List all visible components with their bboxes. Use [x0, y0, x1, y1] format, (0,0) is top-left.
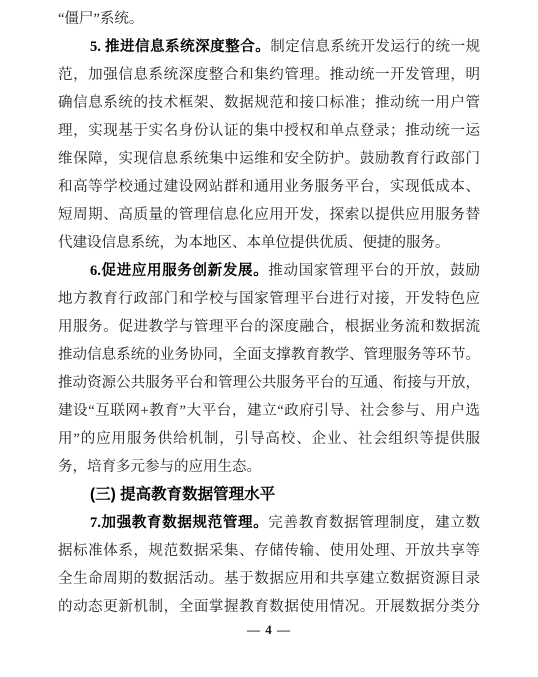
body-text: 短周期、高质量的管理信息化应用开发，探索以提供应用服务替: [58, 207, 480, 223]
body-text: 的动态更新机制，全面掌握教育数据使用情况。开展数据分类分: [58, 599, 480, 615]
body-text: 完善教育数据管理制度，建立数: [268, 515, 480, 531]
body-text: 范，加强信息系统深度整合和集约管理。推动统一开发管理，明: [58, 67, 480, 83]
body-text: 据标准体系，规范数据采集、存储传输、使用处理、开放共享等: [58, 543, 480, 559]
body-text: 推动国家管理平台的开放，鼓励: [268, 263, 480, 279]
text-line: 短周期、高质量的管理信息化应用开发，探索以提供应用服务替: [58, 201, 480, 229]
text-line: 5. 推进信息系统深度整合。制定信息系统开发运行的统一规: [58, 33, 480, 61]
text-line: 用”的应用服务供给机制，引导高校、企业、社会组织等提供服: [58, 425, 480, 453]
text-line: 据标准体系，规范数据采集、存储传输、使用处理、开放共享等: [58, 537, 480, 565]
body-text: 确信息系统的技术框架、数据规范和接口标准；推动统一用户管: [58, 95, 480, 111]
text-line: 确信息系统的技术框架、数据规范和接口标准；推动统一用户管: [58, 89, 480, 117]
page-number: — 4 —: [0, 622, 538, 638]
bold-lead-text: 6.促进应用服务创新发展。: [90, 263, 268, 279]
text-line: 用服务。促进教学与管理平台的深度融合，根据业务流和数据流: [58, 313, 480, 341]
text-line: 7.加强教育数据规范管理。完善教育数据管理制度，建立数: [58, 509, 480, 537]
body-text: 制定信息系统开发运行的统一规: [270, 39, 480, 55]
text-line: 务，培育多元参与的应用生态。: [58, 453, 480, 481]
document-page: “僵尸”系统。5. 推进信息系统深度整合。制定信息系统开发运行的统一规范，加强信…: [0, 0, 538, 677]
text-line: 的动态更新机制，全面掌握教育数据使用情况。开展数据分类分: [58, 593, 480, 621]
body-text: 理，实现基于实名身份认证的集中授权和单点登录；推动统一运: [58, 123, 480, 139]
document-body: “僵尸”系统。5. 推进信息系统深度整合。制定信息系统开发运行的统一规范，加强信…: [58, 5, 480, 621]
section-heading: (三) 提高教育数据管理水平: [90, 486, 275, 503]
body-text: 推动信息系统的业务协同，全面支撑教育教学、管理服务等环节。: [58, 347, 480, 363]
text-line: 代建设信息系统，为本地区、本单位提供优质、便捷的服务。: [58, 229, 480, 257]
bold-lead-text: 5. 推进信息系统深度整合。: [90, 39, 270, 55]
body-text: 务，培育多元参与的应用生态。: [58, 459, 261, 475]
body-text: 用”的应用服务供给机制，引导高校、企业、社会组织等提供服: [58, 431, 480, 447]
text-line: (三) 提高教育数据管理水平: [58, 481, 480, 509]
text-line: 和高等学校通过建设网站群和通用业务服务平台，实现低成本、: [58, 173, 480, 201]
body-text: 维保障，实现信息系统集中运维和安全防护。鼓励教育行政部门: [58, 151, 480, 167]
text-line: 维保障，实现信息系统集中运维和安全防护。鼓励教育行政部门: [58, 145, 480, 173]
text-line: 地方教育行政部门和学校与国家管理平台进行对接，开发特色应: [58, 285, 480, 313]
body-text: 用服务。促进教学与管理平台的深度融合，根据业务流和数据流: [58, 319, 480, 335]
text-line: 6.促进应用服务创新发展。推动国家管理平台的开放，鼓励: [58, 257, 480, 285]
text-line: 建设“互联网+教育”大平台，建立“政府引导、社会参与、用户选: [58, 397, 480, 425]
body-text: 推动资源公共服务平台和管理公共服务平台的互通、衔接与开放，: [58, 375, 480, 391]
text-line: 范，加强信息系统深度整合和集约管理。推动统一开发管理，明: [58, 61, 480, 89]
body-text: 建设“互联网+教育”大平台，建立“政府引导、社会参与、用户选: [58, 403, 480, 419]
body-text: 代建设信息系统，为本地区、本单位提供优质、便捷的服务。: [58, 235, 450, 251]
text-line: 推动资源公共服务平台和管理公共服务平台的互通、衔接与开放，: [58, 369, 480, 397]
text-line: 理，实现基于实名身份认证的集中授权和单点登录；推动统一运: [58, 117, 480, 145]
body-text: 全生命周期的数据活动。基于数据应用和共享建立数据资源目录: [58, 571, 480, 587]
text-line: 推动信息系统的业务协同，全面支撑教育教学、管理服务等环节。: [58, 341, 480, 369]
bold-lead-text: 7.加强教育数据规范管理。: [90, 515, 268, 531]
body-text: 地方教育行政部门和学校与国家管理平台进行对接，开发特色应: [58, 291, 480, 307]
text-line: 全生命周期的数据活动。基于数据应用和共享建立数据资源目录: [58, 565, 480, 593]
body-text: “僵尸”系统。: [58, 11, 143, 27]
body-text: 和高等学校通过建设网站群和通用业务服务平台，实现低成本、: [58, 179, 480, 195]
text-line: “僵尸”系统。: [58, 5, 480, 33]
